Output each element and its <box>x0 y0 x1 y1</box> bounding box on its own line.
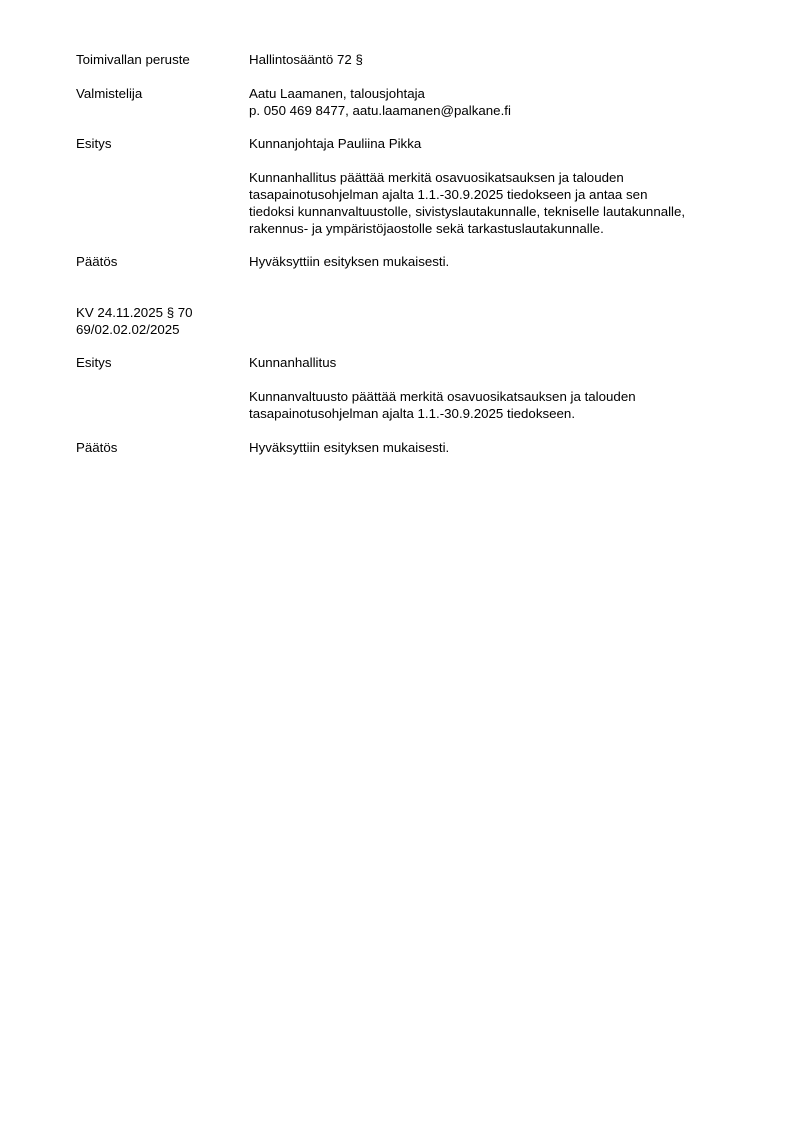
esitys-presenter: Kunnanjohtaja Pauliina Pikka <box>249 135 769 152</box>
kv-diary-number: 69/02.02.02/2025 <box>76 321 276 338</box>
esitys-line: Kunnanvaltuusto päättää merkitä osavuosi… <box>249 388 769 405</box>
label-valmistelija: Valmistelija <box>76 85 246 102</box>
esitys-line: tiedoksi kunnanvaltuustolle, sivistyslau… <box>249 203 769 220</box>
label-paatos: Päätös <box>76 439 246 456</box>
esitys-line: tasapainotusohjelman ajalta 1.1.-30.9.20… <box>249 186 769 203</box>
label-paatos: Päätös <box>76 253 246 270</box>
label-toimivallan-peruste: Toimivallan peruste <box>76 51 246 68</box>
esitys-line: rakennus- ja ympäristöjaostolle sekä tar… <box>249 220 769 237</box>
value-toimivallan-peruste: Hallintosääntö 72 § <box>249 51 769 68</box>
value-valmistelija: Aatu Laamanen, talousjohtaja p. 050 469 … <box>249 85 769 119</box>
esitys-presenter: Kunnanhallitus <box>249 354 769 371</box>
valmistelija-contact: p. 050 469 8477, aatu.laamanen@palkane.f… <box>249 102 769 119</box>
esitys-text: Kunnanhallitus päättää merkitä osavuosik… <box>249 169 769 237</box>
label-esitys: Esitys <box>76 354 246 371</box>
label-esitys: Esitys <box>76 135 246 152</box>
valmistelija-name: Aatu Laamanen, talousjohtaja <box>249 85 769 102</box>
esitys-text: Kunnanvaltuusto päättää merkitä osavuosi… <box>249 388 769 422</box>
kv-meeting-ref: KV 24.11.2025 § 70 <box>76 304 276 321</box>
value-paatos: Hyväksyttiin esityksen mukaisesti. <box>249 253 769 270</box>
kv-reference: KV 24.11.2025 § 70 69/02.02.02/2025 <box>76 304 276 338</box>
esitys-line: Kunnanhallitus päättää merkitä osavuosik… <box>249 169 769 186</box>
esitys-line: tasapainotusohjelman ajalta 1.1.-30.9.20… <box>249 405 769 422</box>
value-paatos: Hyväksyttiin esityksen mukaisesti. <box>249 439 769 456</box>
